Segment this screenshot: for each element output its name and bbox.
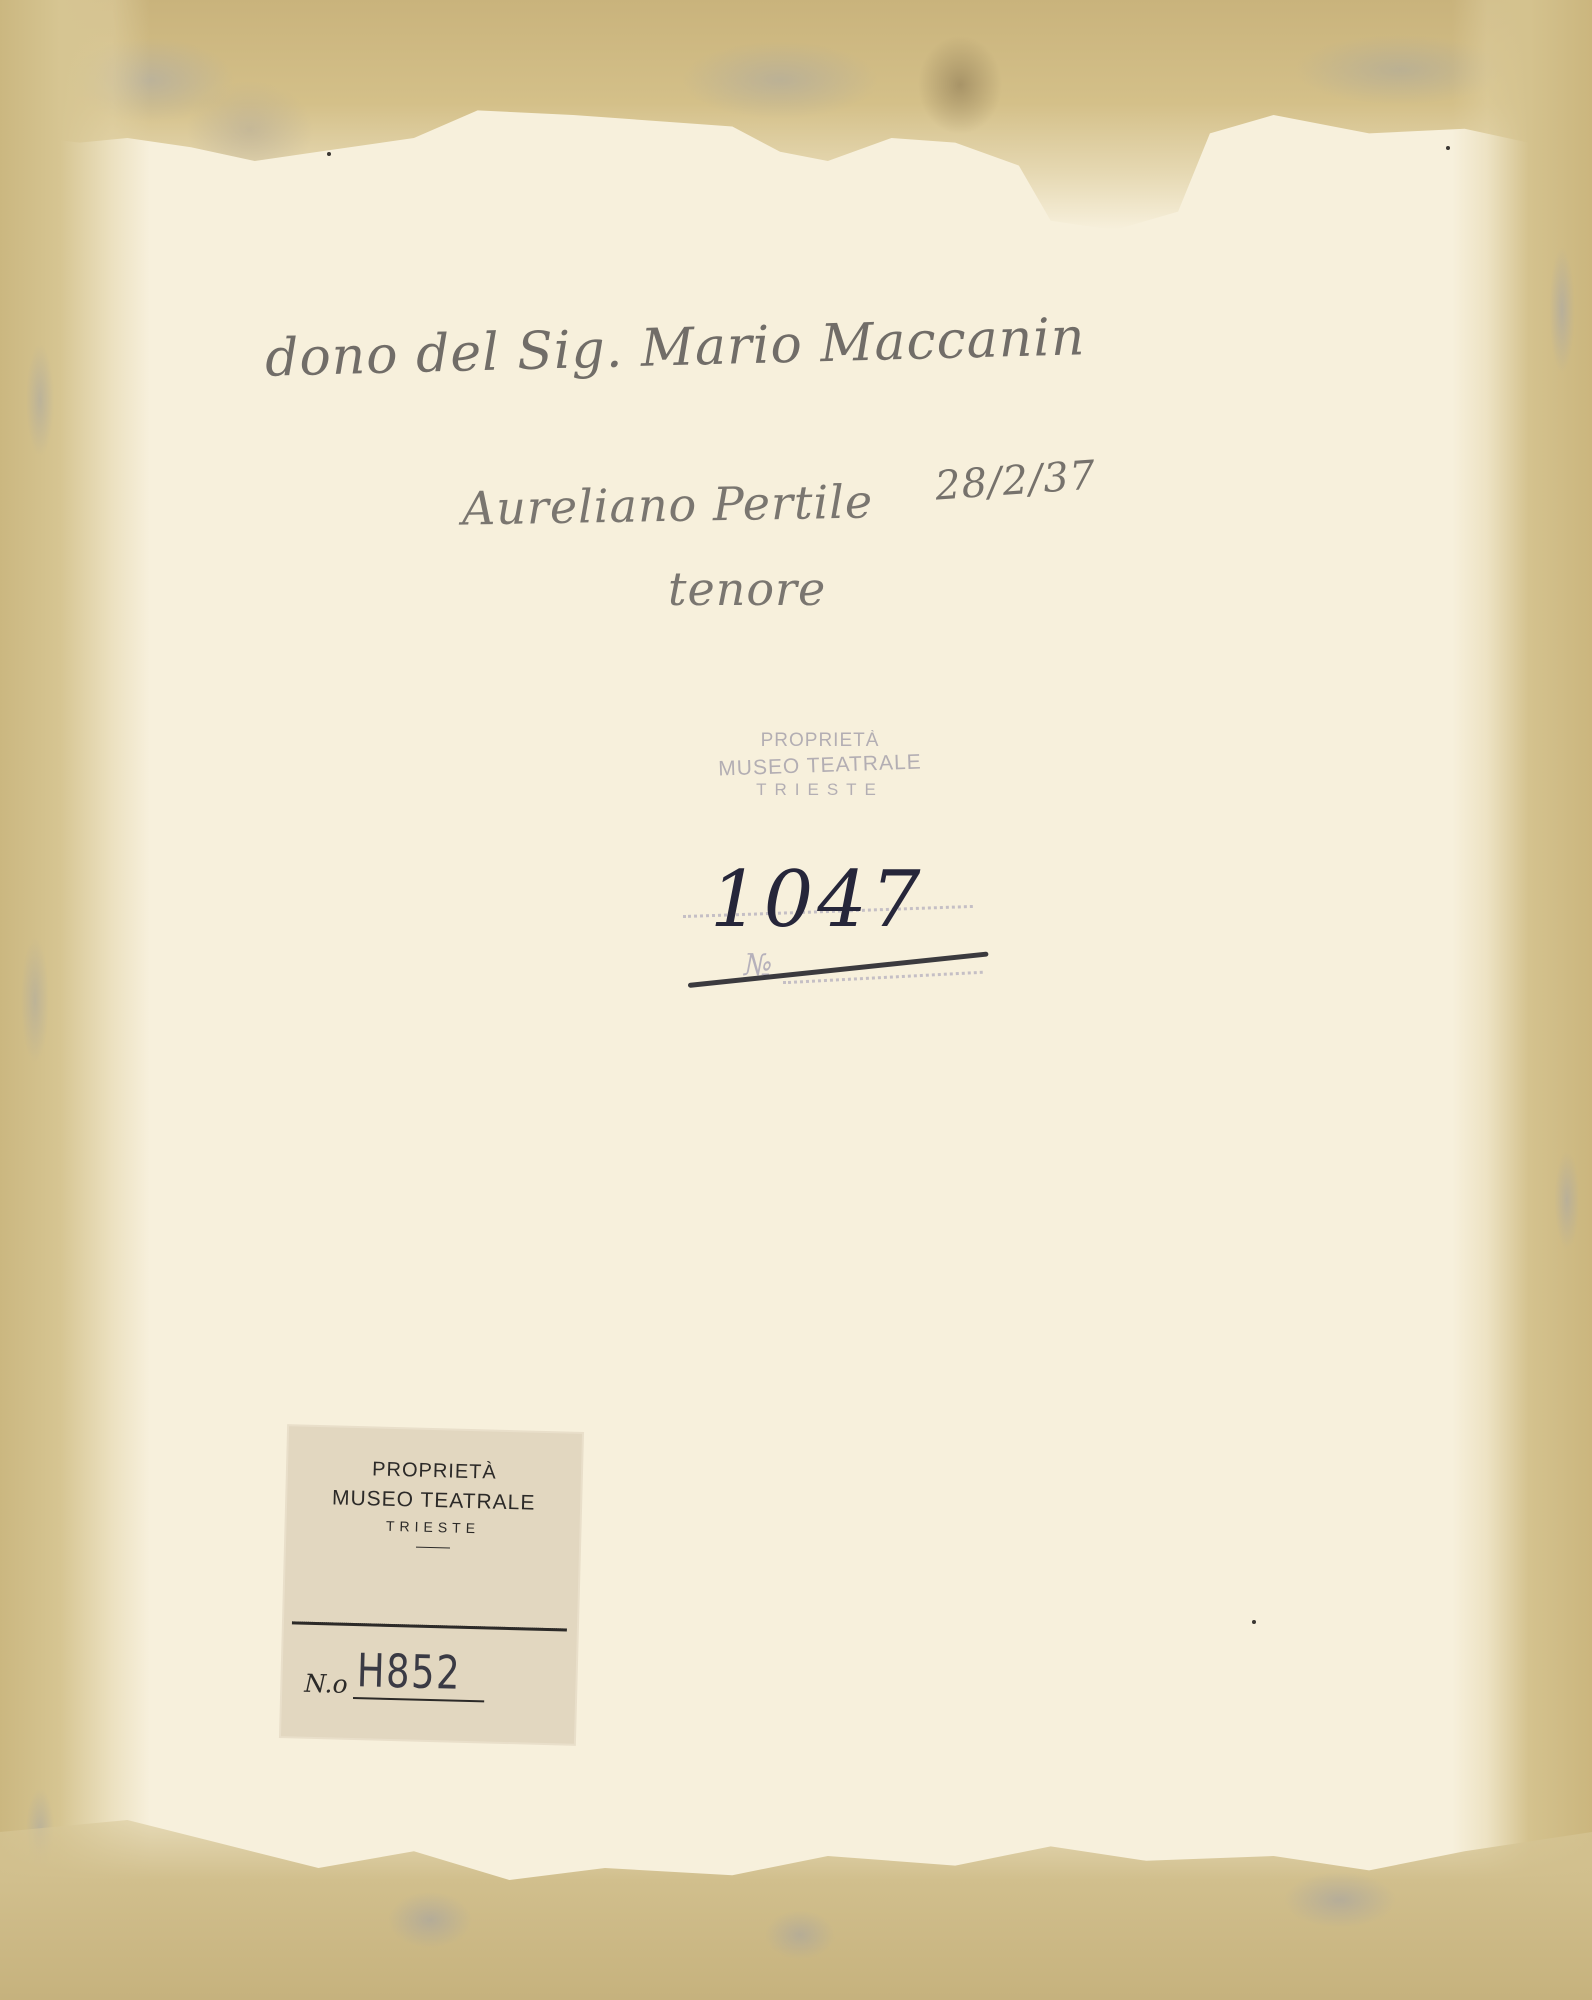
stamp-line-city: TRIESTE	[690, 780, 950, 800]
museum-property-label: PROPRIETÀ MUSEO TEATRALE TRIESTE N.o H85…	[281, 1426, 582, 1744]
stamp-line-museum: MUSEO TEATRALE	[690, 749, 951, 782]
faded-museum-stamp: PROPRIETÀ MUSEO TEATRALE TRIESTE	[690, 730, 950, 800]
glue-border-right	[1452, 0, 1592, 2000]
handwritten-date: 28/2/37	[934, 452, 1098, 509]
speck	[327, 152, 331, 156]
label-number-value: H852	[353, 1643, 486, 1702]
glue-border-left	[0, 0, 150, 2000]
inventory-number: 1047	[710, 855, 925, 945]
handwritten-subject-name: Aureliano Pertile	[462, 474, 874, 535]
label-divider	[415, 1547, 449, 1549]
handwritten-role: tenore	[668, 562, 826, 616]
label-rule	[292, 1621, 567, 1631]
label-line-property: PROPRIETÀ	[288, 1456, 582, 1487]
label-line-museum: MUSEO TEATRALE	[287, 1485, 581, 1517]
handwritten-donor-note: dono del Sig. Mario Maccanin	[264, 307, 1086, 388]
glue-border-bottom	[0, 1760, 1592, 2000]
stamp-line-property: PROPRIETÀ	[690, 730, 950, 752]
speck	[1446, 146, 1450, 150]
document-sheet: dono del Sig. Mario Maccanin Aureliano P…	[0, 0, 1592, 2000]
label-line-city: TRIESTE	[286, 1515, 579, 1539]
label-number-prefix: N.o	[304, 1669, 348, 1699]
label-number-row: N.o H852	[304, 1642, 519, 1704]
glue-border-top	[0, 0, 1592, 230]
speck	[1252, 1620, 1256, 1624]
